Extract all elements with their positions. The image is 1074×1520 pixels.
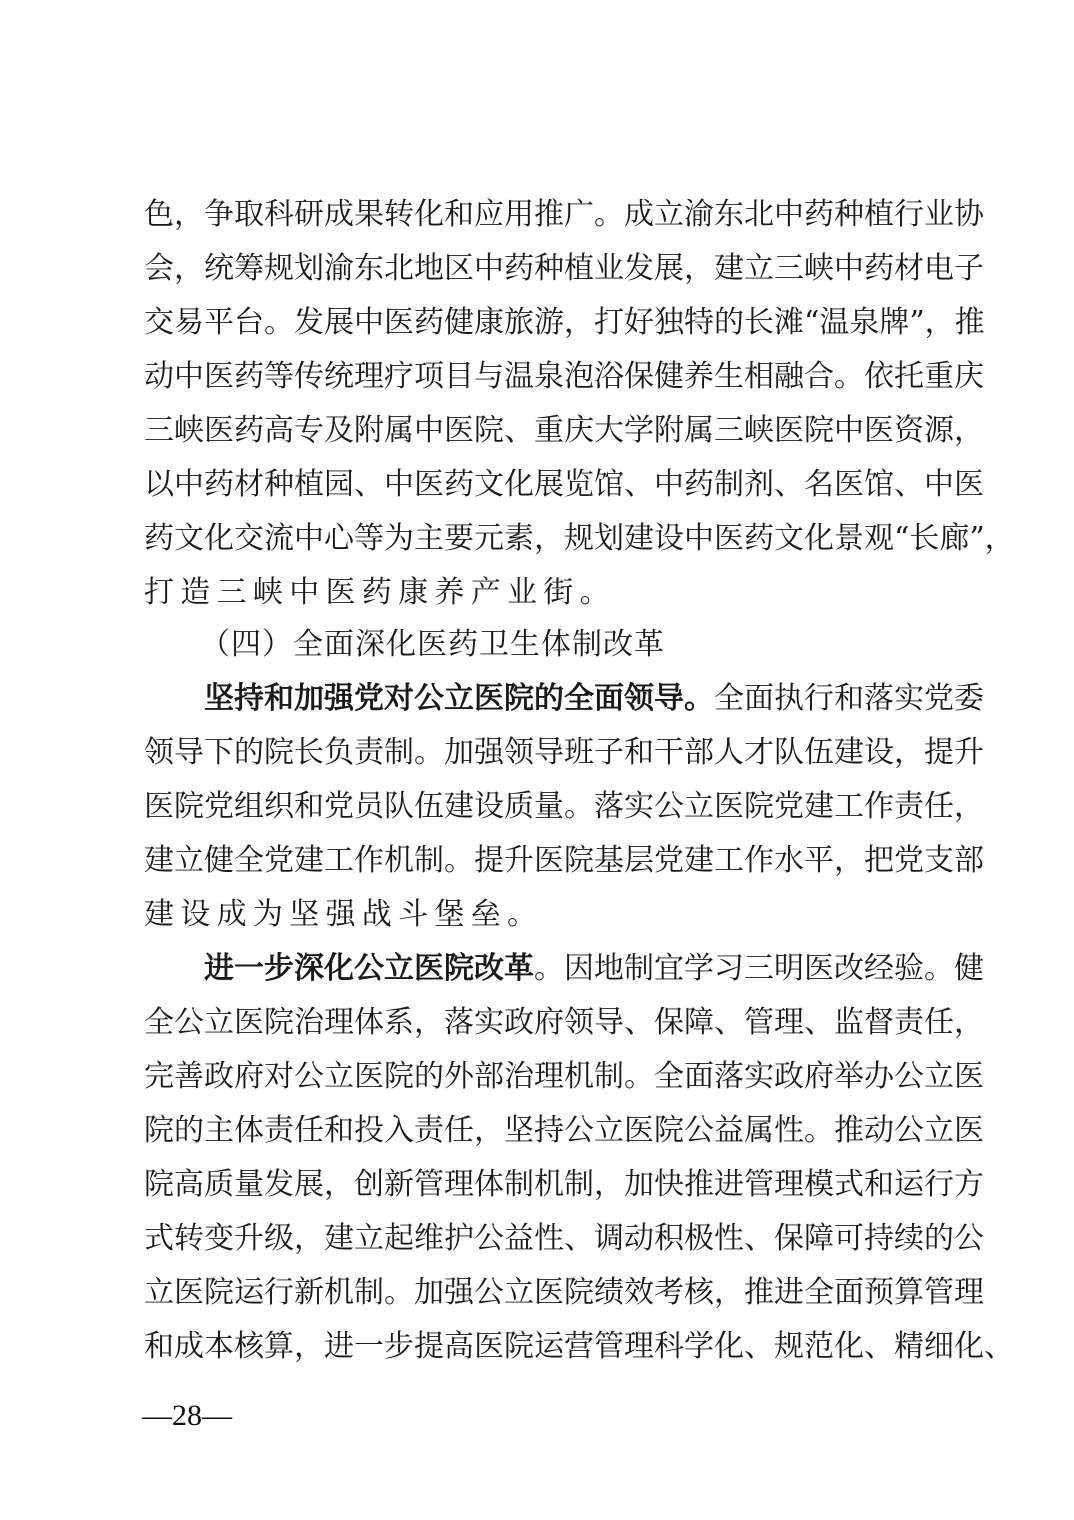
paragraph-2-line-4: 建立健全党建工作机制。提升医院基层党建工作水平，把党支部 [144,841,944,881]
paragraph-1-line-8: 打造三峡中医药康养产业街。 [144,573,944,613]
paragraph-3-first-line-rest: 。因地制宜学习三明医改经验。健 [534,951,984,986]
paragraph-3-line-8: 和成本核算，进一步提高医院运营管理科学化、规范化、精细化、 [144,1327,944,1367]
paragraph-3-line-4: 院的主体责任和投入责任，坚持公立医院公益属性。推动公立医 [144,1111,944,1151]
paragraph-1-line-6: 以中药材种植园、中医药文化展览馆、中药制剂、名医馆、中医 [144,465,944,505]
document-page: 色，争取科研成果转化和应用推广。成立渝东北中药种植行业协 会，统筹规划渝东北地区… [0,0,1074,1520]
paragraph-3-line-6: 式转变升级，建立起维护公益性、调动积极性、保障可持续的公 [144,1219,944,1259]
paragraph-2-first-line-rest: 全面执行和落实党委 [714,681,984,716]
paragraph-2-line-5: 建设成为坚强战斗堡垒。 [144,895,944,935]
paragraph-3-line-1: 进一步深化公立医院改革。因地制宜学习三明医改经验。健 [204,949,944,989]
paragraph-1-line-3: 交易平台。发展中医药健康旅游，打好独特的长滩“温泉牌”，推 [144,303,944,343]
paragraph-2-line-1: 坚持和加强党对公立医院的全面领导。全面执行和落实党委 [204,679,944,719]
paragraph-3-line-2: 全公立医院治理体系，落实政府领导、保障、管理、监督责任， [144,1003,944,1043]
paragraph-3-line-7: 立医院运行新机制。加强公立医院绩效考核，推进全面预算管理 [144,1273,944,1313]
paragraph-1-line-5: 三峡医药高专及附属中医院、重庆大学附属三峡医院中医资源， [144,411,944,451]
paragraph-1-line-1: 色，争取科研成果转化和应用推广。成立渝东北中药种植行业协 [144,195,944,235]
paragraph-2-bold-lead: 坚持和加强党对公立医院的全面领导。 [204,681,714,716]
paragraph-2-line-2: 领导下的院长负责制。加强领导班子和干部人才队伍建设，提升 [144,733,944,773]
paragraph-3-bold-lead: 进一步深化公立医院改革 [204,951,534,986]
paragraph-1-line-7: 药文化交流中心等为主要元素，规划建设中医药文化景观“长廊”， [144,519,944,559]
section-heading: （四）全面深化医药卫生体制改革 [200,625,800,665]
page-number: —28— [142,1396,232,1436]
paragraph-1-line-4: 动中医药等传统理疗项目与温泉泡浴保健养生相融合。依托重庆 [144,357,944,397]
paragraph-1-line-2: 会，统筹规划渝东北地区中药种植业发展，建立三峡中药材电子 [144,249,944,289]
paragraph-2-line-3: 医院党组织和党员队伍建设质量。落实公立医院党建工作责任， [144,787,944,827]
paragraph-3-line-3: 完善政府对公立医院的外部治理机制。全面落实政府举办公立医 [144,1057,944,1097]
paragraph-3-line-5: 院高质量发展，创新管理体制机制，加快推进管理模式和运行方 [144,1165,944,1205]
